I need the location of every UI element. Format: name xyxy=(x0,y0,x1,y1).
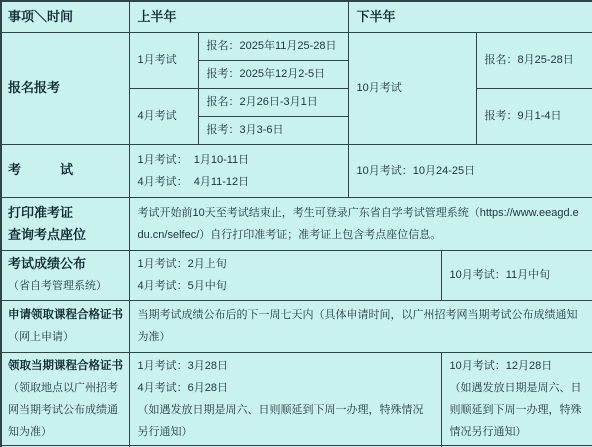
collect-certificate-row: 领取当期课程合格证书 （领取地点以广州招考网当期考试公布成绩通知为准） 1月考试… xyxy=(1,352,592,445)
collect-certificate-first-half: 1月考试：3月28日 4月考试：6月28日 （如遇发放日期是周六、日则顺延到下周… xyxy=(129,352,441,445)
collect-certificate-label-sub: （领取地点以广州招考网当期考试公布成绩通知为准） xyxy=(8,377,124,443)
enroll-oct-signup: 报名：8月25-28日 xyxy=(476,32,592,88)
admission-ticket-label-cell: 打印准考证 查询考点座位 xyxy=(1,197,129,250)
enroll-apr-exam: 4月考试 xyxy=(129,88,198,144)
apply-certificate-label-cell: 申请领取课程合格证书 （网上申请） xyxy=(1,300,129,352)
collect-certificate-label: 领取当期课程合格证书 xyxy=(8,355,124,377)
enroll-jan-signup: 报名：2025年11月25-28日 xyxy=(198,32,348,60)
header-item-time: 事项＼时间 xyxy=(1,1,129,32)
admission-ticket-content: 考试开始前10天至考试结束止，考生可登录广东省自学考试管理系统（https://… xyxy=(129,197,592,250)
admission-ticket-row: 打印准考证 查询考点座位 考试开始前10天至考试结束止，考生可登录广东省自学考试… xyxy=(1,197,592,250)
results-label-cell: 考试成绩公布 （省自考管理系统） xyxy=(1,250,129,300)
exam-label-cell: 考 试 xyxy=(1,144,129,197)
exam-second-half: 10月考试：10月24-25日 xyxy=(348,144,592,197)
enroll-row-1: 报名报考 1月考试 报名：2025年11月25-28日 10月考试 报名：8月2… xyxy=(1,32,592,60)
enroll-jan-exam: 1月考试 xyxy=(129,32,198,88)
exam-first-half: 1月考试： 1月10-11日 4月考试： 4月11-12日 xyxy=(129,144,348,197)
exam-label: 考 试 xyxy=(8,162,73,177)
enroll-oct-apply: 报考：9月1-4日 xyxy=(476,88,592,144)
results-first-half: 1月考试：2月上旬 4月考试：5月中旬 xyxy=(129,250,441,300)
enroll-label-cell: 报名报考 xyxy=(1,32,129,144)
results-row: 考试成绩公布 （省自考管理系统） 1月考试：2月上旬 4月考试：5月中旬 10月… xyxy=(1,250,592,300)
apply-certificate-content: 当期考试成绩公布后的下一周七天内（具体申请时间，以广州招考网当期考试公布成绩通知… xyxy=(129,300,592,352)
results-second-half: 10月考试：11月中旬 xyxy=(441,250,592,300)
exam-schedule-table: 事项＼时间 上半年 下半年 报名报考 1月考试 报名：2025年11月25-28… xyxy=(0,0,592,447)
enroll-apr-apply: 报考：3月3-6日 xyxy=(198,116,348,144)
collect-certificate-label-cell: 领取当期课程合格证书 （领取地点以广州招考网当期考试公布成绩通知为准） xyxy=(1,352,129,445)
collect-certificate-second-half: 10月考试：12月28日 （如遇发放日期是周六、日则顺延到下周一办理，特殊情况另… xyxy=(441,352,592,445)
admission-ticket-label-line2: 查询考点座位 xyxy=(8,224,124,246)
enroll-oct-exam: 10月考试 xyxy=(348,32,476,144)
exam-row: 考 试 1月考试： 1月10-11日 4月考试： 4月11-12日 10月考试：… xyxy=(1,144,592,197)
results-label-sub: （省自考管理系统） xyxy=(8,275,124,297)
header-row: 事项＼时间 上半年 下半年 xyxy=(1,1,592,32)
header-second-half: 下半年 xyxy=(348,1,592,32)
enroll-jan-apply: 报考：2025年12月2-5日 xyxy=(198,60,348,88)
apply-certificate-row: 申请领取课程合格证书 （网上申请） 当期考试成绩公布后的下一周七天内（具体申请时… xyxy=(1,300,592,352)
enroll-label: 报名报考 xyxy=(8,80,60,95)
admission-ticket-label-line1: 打印准考证 xyxy=(8,202,124,224)
header-first-half: 上半年 xyxy=(129,1,348,32)
apply-certificate-label: 申请领取课程合格证书 xyxy=(8,304,124,326)
enroll-apr-signup: 报名：2月26日-3月1日 xyxy=(198,88,348,116)
results-label: 考试成绩公布 xyxy=(8,253,124,275)
apply-certificate-label-sub: （网上申请） xyxy=(8,326,124,348)
